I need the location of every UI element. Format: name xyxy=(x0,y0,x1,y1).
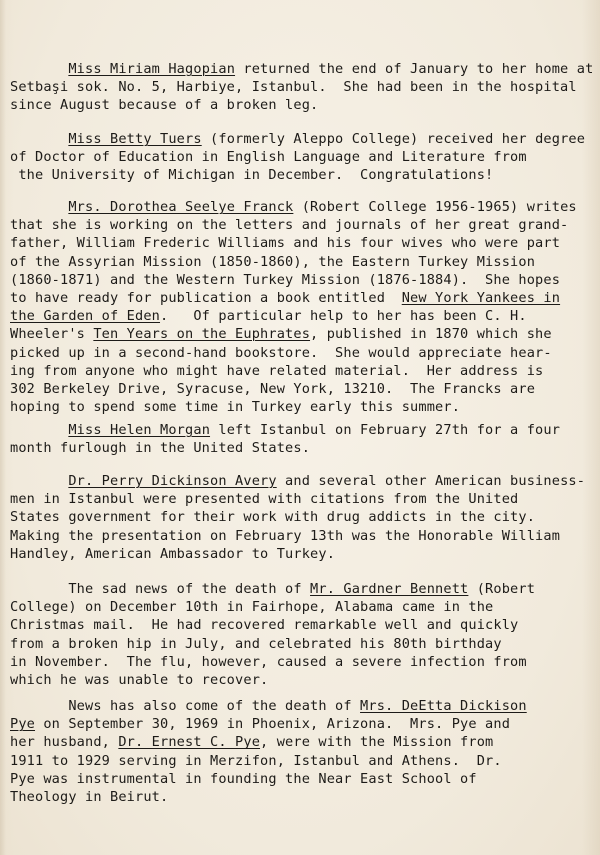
text-segment: of the Assyrian Mission (1850-1860), the… xyxy=(10,254,535,270)
text-line: which he was unable to recover. xyxy=(10,671,535,689)
text-segment: Setbaşi sok. No. 5, Harbiye, Istanbul. S… xyxy=(10,79,577,95)
underlined-name: Dr. Ernest C. Pye xyxy=(118,734,260,750)
text-line: States government for their work with dr… xyxy=(10,508,585,526)
text-line: Miss Betty Tuers (formerly Aleppo Colleg… xyxy=(10,130,585,148)
text-segment: father, William Frederic Williams and hi… xyxy=(10,235,560,251)
text-segment xyxy=(10,422,68,438)
text-line: 302 Berkeley Drive, Syracuse, New York, … xyxy=(10,380,577,398)
text-segment: Handley, American Ambassador to Turkey. xyxy=(10,546,335,562)
text-line: her husband, Dr. Ernest C. Pye, were wit… xyxy=(10,733,527,751)
text-segment: her husband, xyxy=(10,734,118,750)
text-line: Making the presentation on February 13th… xyxy=(10,527,585,545)
underlined-name: New York Yankees in xyxy=(402,290,560,306)
underlined-name: Mrs. Dorothea Seelye Franck xyxy=(68,199,293,215)
underlined-name: Pye xyxy=(10,716,35,732)
text-segment: the University of Michigan in December. … xyxy=(10,167,493,183)
text-line: Christmas mail. He had recovered remarka… xyxy=(10,616,535,634)
text-segment: States government for their work with dr… xyxy=(10,509,535,525)
text-line: in November. The flu, however, caused a … xyxy=(10,653,535,671)
underlined-name: Mr. Gardner Bennett xyxy=(310,581,468,597)
text-segment: , were with the Mission from xyxy=(260,734,493,750)
text-line: Pye on September 30, 1969 in Phoenix, Ar… xyxy=(10,715,527,733)
text-line: Miss Helen Morgan left Istanbul on Febru… xyxy=(10,421,560,439)
text-segment: 1911 to 1929 serving in Merzifon, Istanb… xyxy=(10,753,502,769)
text-segment: ing from anyone who might have related m… xyxy=(10,363,543,379)
text-segment: Christmas mail. He had recovered remarka… xyxy=(10,617,518,633)
text-segment: on September 30, 1969 in Phoenix, Arizon… xyxy=(35,716,510,732)
text-segment: Making the presentation on February 13th… xyxy=(10,528,560,544)
text-segment xyxy=(10,131,68,147)
text-line: Miss Miriam Hagopian returned the end of… xyxy=(10,60,593,78)
text-segment: since August because of a broken leg. xyxy=(10,97,318,113)
text-segment: from a broken hip in July, and celebrate… xyxy=(10,636,502,652)
text-line: 1911 to 1929 serving in Merzifon, Istanb… xyxy=(10,752,527,770)
text-segment: 302 Berkeley Drive, Syracuse, New York, … xyxy=(10,381,535,397)
text-segment: in November. The flu, however, caused a … xyxy=(10,654,527,670)
text-segment: (Robert College 1956-1965) writes xyxy=(293,199,576,215)
text-segment: returned the end of January to her home … xyxy=(235,61,593,77)
paragraph-avery: Dr. Perry Dickinson Avery and several ot… xyxy=(10,472,585,563)
text-line: ing from anyone who might have related m… xyxy=(10,362,577,380)
underlined-name: Miss Miriam Hagopian xyxy=(68,61,235,77)
paragraph-franck: Mrs. Dorothea Seelye Franck (Robert Coll… xyxy=(10,198,577,416)
text-line: men in Istanbul were presented with cita… xyxy=(10,490,585,508)
text-segment: . Of particular help to her has been C. … xyxy=(160,308,527,324)
text-segment xyxy=(10,473,68,489)
text-line: to have ready for publication a book ent… xyxy=(10,289,577,307)
text-line: College) on December 10th in Fairhope, A… xyxy=(10,598,535,616)
text-line: Dr. Perry Dickinson Avery and several ot… xyxy=(10,472,585,490)
underlined-name: Miss Helen Morgan xyxy=(68,422,210,438)
text-segment: which he was unable to recover. xyxy=(10,672,268,688)
text-segment xyxy=(10,199,68,215)
document-page: Miss Miriam Hagopian returned the end of… xyxy=(0,0,600,855)
underlined-name: Mrs. DeEtta Dickison xyxy=(360,698,527,714)
text-segment: and several other American business- xyxy=(277,473,585,489)
underlined-name: Dr. Perry Dickinson Avery xyxy=(68,473,276,489)
text-segment: of Doctor of Education in English Langua… xyxy=(10,149,527,165)
paragraph-pye: News has also come of the death of Mrs. … xyxy=(10,697,527,806)
text-line: from a broken hip in July, and celebrate… xyxy=(10,635,535,653)
text-line: Mrs. Dorothea Seelye Franck (Robert Coll… xyxy=(10,198,577,216)
underlined-name: the Garden of Eden xyxy=(10,308,160,324)
text-segment: to have ready for publication a book ent… xyxy=(10,290,402,306)
text-line: the University of Michigan in December. … xyxy=(10,166,585,184)
text-segment: The sad news of the death of xyxy=(10,581,310,597)
text-line: Wheeler's Ten Years on the Euphrates, pu… xyxy=(10,325,577,343)
text-line: hoping to spend some time in Turkey earl… xyxy=(10,398,577,416)
text-segment: left Istanbul on February 27th for a fou… xyxy=(210,422,560,438)
text-line: of the Assyrian Mission (1850-1860), the… xyxy=(10,253,577,271)
text-segment: (1860-1871) and the Western Turkey Missi… xyxy=(10,272,560,288)
text-segment: Theology in Beirut. xyxy=(10,789,168,805)
text-segment: picked up in a second-hand bookstore. Sh… xyxy=(10,345,552,361)
text-segment: that she is working on the letters and j… xyxy=(10,217,568,233)
text-segment: News has also come of the death of xyxy=(10,698,360,714)
text-segment: hoping to spend some time in Turkey earl… xyxy=(10,399,460,415)
text-line: News has also come of the death of Mrs. … xyxy=(10,697,527,715)
text-segment: Pye was instrumental in founding the Nea… xyxy=(10,771,477,787)
text-line: Theology in Beirut. xyxy=(10,788,527,806)
text-line: The sad news of the death of Mr. Gardner… xyxy=(10,580,535,598)
text-segment: men in Istanbul were presented with cita… xyxy=(10,491,518,507)
text-segment xyxy=(10,61,68,77)
text-line: since August because of a broken leg. xyxy=(10,96,593,114)
text-line: Setbaşi sok. No. 5, Harbiye, Istanbul. S… xyxy=(10,78,593,96)
paragraph-hagopian: Miss Miriam Hagopian returned the end of… xyxy=(10,60,593,115)
text-line: father, William Frederic Williams and hi… xyxy=(10,234,577,252)
text-segment: Wheeler's xyxy=(10,326,93,342)
text-segment: (formerly Aleppo College) received her d… xyxy=(202,131,585,147)
paragraph-tuers: Miss Betty Tuers (formerly Aleppo Colleg… xyxy=(10,130,585,185)
text-segment: month furlough in the United States. xyxy=(10,440,310,456)
text-line: Handley, American Ambassador to Turkey. xyxy=(10,545,585,563)
text-line: the Garden of Eden. Of particular help t… xyxy=(10,307,577,325)
text-line: Pye was instrumental in founding the Nea… xyxy=(10,770,527,788)
text-segment: (Robert xyxy=(468,581,535,597)
text-line: (1860-1871) and the Western Turkey Missi… xyxy=(10,271,577,289)
paragraph-bennett: The sad news of the death of Mr. Gardner… xyxy=(10,580,535,689)
text-segment: College) on December 10th in Fairhope, A… xyxy=(10,599,493,615)
underlined-name: Ten Years on the Euphrates xyxy=(93,326,310,342)
text-segment: , published in 1870 which she xyxy=(310,326,552,342)
text-line: that she is working on the letters and j… xyxy=(10,216,577,234)
underlined-name: Miss Betty Tuers xyxy=(68,131,201,147)
paragraph-morgan: Miss Helen Morgan left Istanbul on Febru… xyxy=(10,421,560,457)
text-line: month furlough in the United States. xyxy=(10,439,560,457)
text-line: of Doctor of Education in English Langua… xyxy=(10,148,585,166)
text-line: picked up in a second-hand bookstore. Sh… xyxy=(10,344,577,362)
